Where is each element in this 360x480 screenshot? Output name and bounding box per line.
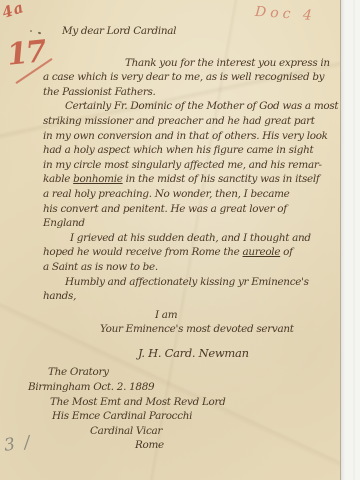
underlined-word: bonhomie [73, 173, 122, 185]
archival-corner-mark: 4a [0, 0, 26, 22]
letter-line: Certainly Fr. Dominic of the Mother of G… [65, 99, 341, 114]
letter-line: a Saint as is now to be. [43, 260, 341, 275]
letter-line: I grieved at his sudden death, and I tho… [70, 231, 341, 246]
letter-line: in my circle most singularly affected me… [43, 158, 341, 173]
letter-scan: 4a Doc 4 17 My dear Lord CardinalThank y… [0, 0, 360, 480]
underlined-word: aureole [243, 246, 281, 258]
letter-line: The Most Emt and Most Revd Lord [50, 395, 341, 410]
letter-line: in my own conversion and in that of othe… [43, 129, 341, 144]
letter-line: Rome [135, 438, 341, 453]
letter-line: Humbly and affectionately kissing yr Emi… [65, 275, 341, 290]
archival-doc-label: Doc 4 [255, 4, 317, 24]
letter-line: J. H. Card. Newman [138, 346, 341, 361]
letter-line: striking missioner and preacher and he h… [43, 114, 341, 129]
letter-line: Your Eminence's most devoted servant [100, 322, 341, 337]
letter-line: The Oratory [48, 365, 341, 380]
letter-line: England [43, 216, 341, 231]
letter-line: Thank you for the interest you express i… [125, 56, 341, 71]
letter-paper: 4a Doc 4 17 My dear Lord CardinalThank y… [0, 0, 341, 480]
pencil-annotation: 3 / [3, 432, 33, 456]
letter-line: hoped he would receive from Rome the aur… [43, 245, 341, 260]
letter-line: a case which is very dear to me, as is w… [43, 70, 341, 85]
letter-line: hands, [43, 289, 341, 304]
letter-line: Birmingham Oct. 2. 1889 [28, 380, 341, 395]
letter-body: My dear Lord CardinalThank you for the i… [0, 24, 341, 453]
letter-line: My dear Lord Cardinal [62, 24, 341, 39]
letter-line: a real holy preaching. No wonder, then, … [43, 187, 341, 202]
letter-line: the Passionist Fathers. [43, 85, 341, 100]
letter-line: His Emce Cardinal Parocchi [52, 409, 341, 424]
letter-line: I am [155, 308, 341, 323]
scan-background-edge [341, 0, 360, 480]
letter-line: kable bonhomie in the midst of his sanct… [43, 172, 341, 187]
letter-line: his convert and penitent. He was a great… [43, 202, 341, 217]
letter-line: Cardinal Vicar [90, 424, 341, 439]
letter-line: had a holy aspect which when his figure … [43, 143, 341, 158]
